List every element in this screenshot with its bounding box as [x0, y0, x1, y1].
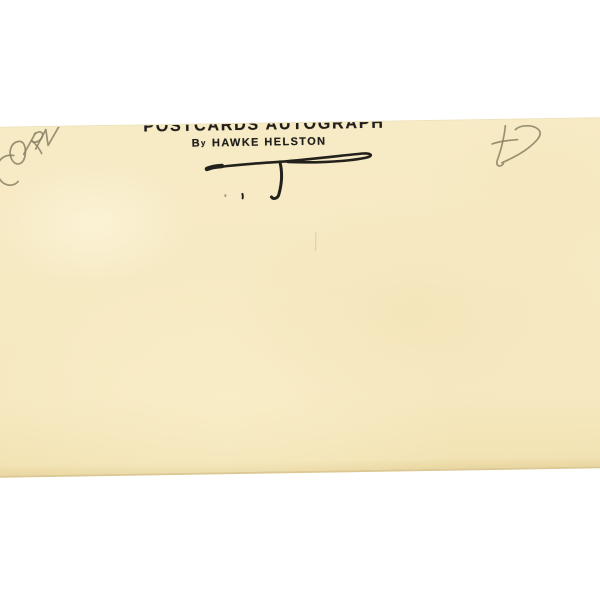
pencil-corn-annotation	[0, 129, 60, 192]
stamp-title: POSTCARDS AUTOGRAPH	[143, 117, 374, 135]
postcard-scan: POSTCARDS AUTOGRAPH By HAWKE HELSTON COR…	[0, 0, 600, 600]
signature-flourish	[203, 147, 384, 205]
pencil-price-annotation	[491, 121, 548, 172]
dust-speck	[224, 194, 226, 197]
autograph-stamp: POSTCARDS AUTOGRAPH By HAWKE HELSTON	[143, 117, 374, 150]
faint-smudge	[309, 231, 323, 253]
postcard-card: POSTCARDS AUTOGRAPH By HAWKE HELSTON COR…	[0, 117, 600, 478]
